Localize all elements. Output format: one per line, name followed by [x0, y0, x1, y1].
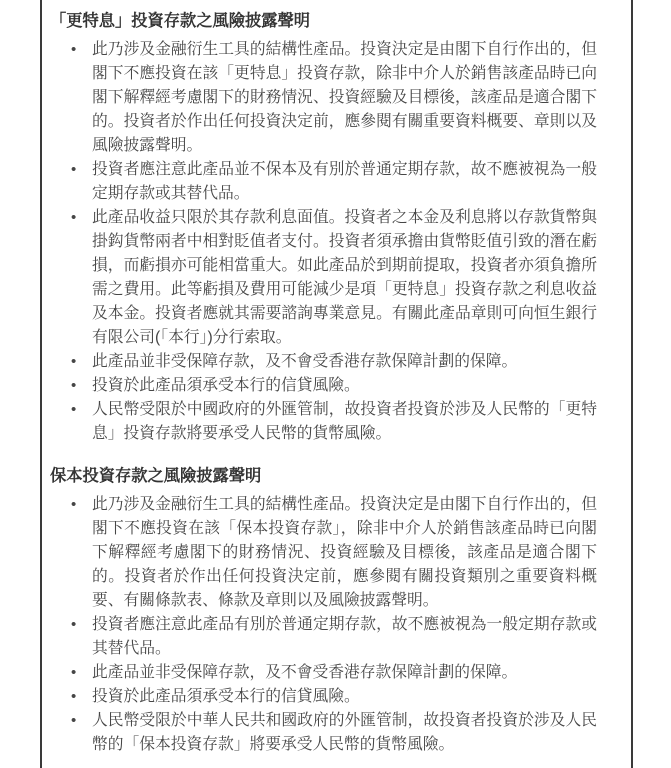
- table-border-left: [40, 0, 42, 768]
- bullet-list: • 此乃涉及金融衍生工具的結構性產品。投資決定是由閣下自行作出的，但閣下不應投資…: [50, 493, 597, 757]
- bullet-text: 此乃涉及金融衍生工具的結構性產品。投資決定是由閣下自行作出的，但閣下不應投資在該…: [92, 38, 597, 158]
- list-item: • 人民幣受限於中國政府的外匯管制，故投資者投資於涉及人民幣的「更特息」投資存款…: [50, 398, 597, 446]
- section-heading: 保本投資存款之風險披露聲明: [50, 464, 597, 488]
- bullet-text: 投資於此產品須承受本行的信貸風險。: [92, 374, 597, 398]
- bullet-icon: •: [50, 685, 92, 709]
- risk-disclosure-document: 「更特息」投資存款之風險披露聲明 • 此乃涉及金融衍生工具的結構性產品。投資決定…: [0, 0, 671, 768]
- bullet-icon: •: [50, 613, 92, 637]
- bullet-text: 此產品並非受保障存款，及不會受香港存款保障計劃的保障。: [92, 661, 597, 685]
- bullet-icon: •: [50, 661, 92, 685]
- bullet-icon: •: [50, 709, 92, 733]
- section-principal-protected-disclosure: 保本投資存款之風險披露聲明 • 此乃涉及金融衍生工具的結構性產品。投資決定是由閣…: [50, 464, 597, 757]
- bullet-icon: •: [50, 398, 92, 422]
- bullet-icon: •: [50, 38, 92, 62]
- list-item: • 投資於此產品須承受本行的信貸風險。: [50, 374, 597, 398]
- bullet-text: 投資者應注意此產品有別於普通定期存款，故不應被視為一般定期存款或其替代品。: [92, 613, 597, 661]
- list-item: • 此產品收益只限於其存款利息面值。投資者之本金及利息將以存款貨幣與掛鈎貨幣兩者…: [50, 206, 597, 350]
- bullet-icon: •: [50, 374, 92, 398]
- list-item: • 此產品並非受保障存款，及不會受香港存款保障計劃的保障。: [50, 661, 597, 685]
- list-item: • 投資者應注意此產品並不保本及有別於普通定期存款，故不應被視為一般定期存款或其…: [50, 158, 597, 206]
- document-content: 「更特息」投資存款之風險披露聲明 • 此乃涉及金融衍生工具的結構性產品。投資決定…: [50, 9, 597, 757]
- bullet-text: 投資者應注意此產品並不保本及有別於普通定期存款，故不應被視為一般定期存款或其替代…: [92, 158, 597, 206]
- section-premium-deposit-disclosure: 「更特息」投資存款之風險披露聲明 • 此乃涉及金融衍生工具的結構性產品。投資決定…: [50, 9, 597, 446]
- list-item: • 人民幣受限於中華人民共和國政府的外匯管制，故投資者投資於涉及人民幣的「保本投…: [50, 709, 597, 757]
- list-item: • 此產品並非受保障存款，及不會受香港存款保障計劃的保障。: [50, 350, 597, 374]
- bullet-text: 人民幣受限於中華人民共和國政府的外匯管制，故投資者投資於涉及人民幣的「保本投資存…: [92, 709, 597, 757]
- bullet-list: • 此乃涉及金融衍生工具的結構性產品。投資決定是由閣下自行作出的，但閣下不應投資…: [50, 38, 597, 446]
- bullet-text: 此產品並非受保障存款，及不會受香港存款保障計劃的保障。: [92, 350, 597, 374]
- bullet-icon: •: [50, 493, 92, 517]
- bullet-icon: •: [50, 206, 92, 230]
- list-item: • 此乃涉及金融衍生工具的結構性產品。投資決定是由閣下自行作出的，但閣下不應投資…: [50, 38, 597, 158]
- bullet-icon: •: [50, 158, 92, 182]
- bullet-text: 人民幣受限於中國政府的外匯管制，故投資者投資於涉及人民幣的「更特息」投資存款將要…: [92, 398, 597, 446]
- list-item: • 投資者應注意此產品有別於普通定期存款，故不應被視為一般定期存款或其替代品。: [50, 613, 597, 661]
- bullet-icon: •: [50, 350, 92, 374]
- bullet-text: 投資於此產品須承受本行的信貸風險。: [92, 685, 597, 709]
- list-item: • 此乃涉及金融衍生工具的結構性產品。投資決定是由閣下自行作出的，但閣下不應投資…: [50, 493, 597, 613]
- section-heading: 「更特息」投資存款之風險披露聲明: [50, 9, 597, 33]
- table-border-right: [631, 0, 633, 768]
- bullet-text: 此產品收益只限於其存款利息面值。投資者之本金及利息將以存款貨幣與掛鈎貨幣兩者中相…: [92, 206, 597, 350]
- bullet-text: 此乃涉及金融衍生工具的結構性產品。投資決定是由閣下自行作出的，但閣下不應投資在該…: [92, 493, 597, 613]
- list-item: • 投資於此產品須承受本行的信貸風險。: [50, 685, 597, 709]
